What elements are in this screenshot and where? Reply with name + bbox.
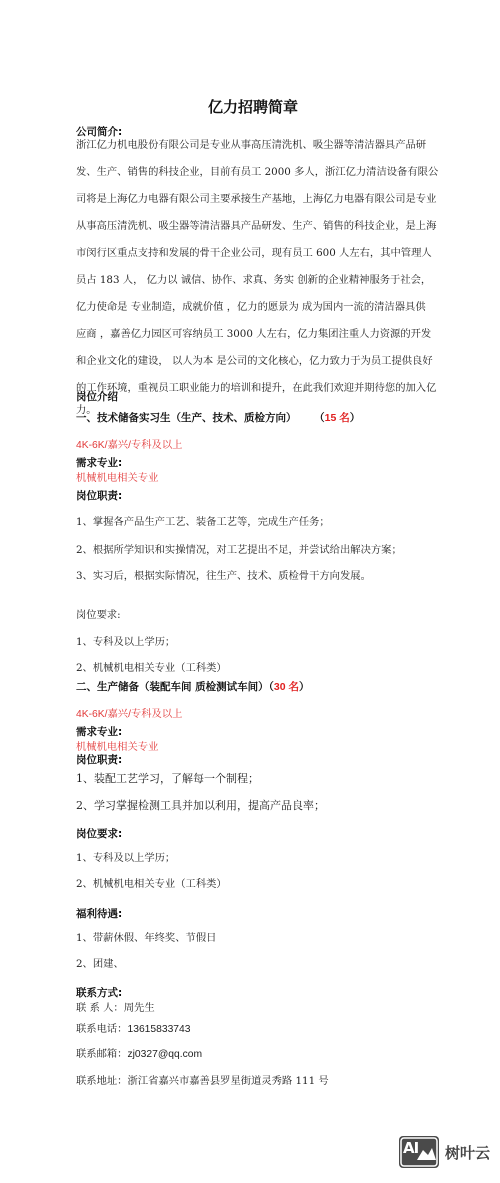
benefit-item: 1、带薪休假、年终奖、节假日 xyxy=(76,929,216,944)
requirement-item: 1、专科及以上学历； xyxy=(76,633,175,648)
requirements-label: 岗位要求: xyxy=(76,606,121,621)
contact-heading: 联系方式: xyxy=(76,985,122,1000)
contact-address: 联系地址：浙江省嘉兴市嘉善县罗星街道灵秀路 111 号 xyxy=(76,1072,329,1087)
intro-line: 司将是上海亿力电器有限公司主要承接生产基地，上海亿力电器有限公司是专业 xyxy=(76,192,436,219)
contact-address-value: 浙江省嘉兴市嘉善县罗星街道灵秀路 111 号 xyxy=(127,1075,328,1087)
duty-item: 2、根据所学知识和实操情况，对工艺提出不足，并尝试给出解决方案； xyxy=(76,541,402,556)
intro-line: 的工作环境，重视员工职业能力的培训和提升，在此我们欢迎并期待您的加入亿 xyxy=(76,381,436,403)
position-1-title: 一、技术储备实习生（生产、技术、质检方向） （15 名） xyxy=(76,410,360,425)
salary-location-edu: 4K-6K/嘉兴/专科及以上 xyxy=(76,705,182,720)
paren-open: （ xyxy=(314,412,325,424)
salary-location-edu: 4K-6K/嘉兴/专科及以上 xyxy=(76,436,182,451)
company-intro: 浙江亿力机电股份有限公司是专业从事高压清洗机、吸尘器等清洁器具产品研 发、生产、… xyxy=(76,138,436,430)
intro-heading: 公司简介: xyxy=(76,124,122,139)
duties-label: 岗位职责: xyxy=(76,488,122,503)
paren-close: ） xyxy=(350,412,361,424)
major-label: 需求专业: xyxy=(76,724,122,739)
intro-line: 浙江亿力机电股份有限公司是专业从事高压清洗机、吸尘器等清洁器具产品研 xyxy=(76,138,436,165)
contact-phone-value: 13615833743 xyxy=(127,1024,190,1035)
requirement-item: 2、机械机电相关专业（工科类） xyxy=(76,875,227,890)
requirement-item: 1、专科及以上学历； xyxy=(76,849,175,864)
position-2-title: 二、生产储备（装配车间 质检测试车间）（30 名） xyxy=(76,679,310,694)
contact-person-label: 联 系 人： xyxy=(76,1002,124,1014)
major-value: 机械机电相关专业 xyxy=(76,738,158,753)
watermark-logo: AI 树叶云 xyxy=(399,1136,490,1168)
contact-email-value: zj0327@qq.com xyxy=(127,1049,202,1060)
requirement-item: 2、机械机电相关专业（工科类） xyxy=(76,659,227,674)
requirements-label: 岗位要求: xyxy=(76,826,122,841)
intro-line: 和企业文化的建设， 以人为本 是公司的文化核心，亿力致力于为员工提供良好 xyxy=(76,354,436,381)
paren-close: ） xyxy=(299,681,310,693)
position-title-text: 二、生产储备（装配车间 质检测试车间） xyxy=(76,681,269,693)
duty-item: 1、装配工艺学习，了解每一个制程； xyxy=(76,770,259,786)
benefit-item: 2、团建、 xyxy=(76,955,124,970)
mountain-icon xyxy=(399,1136,439,1168)
benefits-label: 福利待遇: xyxy=(76,906,122,921)
major-label: 需求专业: xyxy=(76,455,122,470)
contact-email-label: 联系邮箱： xyxy=(76,1048,127,1060)
duties-label: 岗位职责: xyxy=(76,752,122,767)
contact-person-value: 周先生 xyxy=(124,1002,155,1014)
recruitment-document: 亿力招聘简章 公司简介: 浙江亿力机电股份有限公司是专业从事高压清洗机、吸尘器等… xyxy=(0,0,500,1183)
contact-address-label: 联系地址： xyxy=(76,1075,127,1087)
duty-item: 3、实习后，根据实际情况，往生产、技术、质检骨干方向发展。 xyxy=(76,567,371,582)
contact-phone-label: 联系电话： xyxy=(76,1023,127,1035)
intro-line: 发、生产、销售的科技企业，目前有员工 2000 多人，浙江亿力清洁设备有限公 xyxy=(76,165,436,192)
contact-person: 联 系 人：周先生 xyxy=(76,999,155,1014)
intro-line: 应商 ，嘉善亿力园区可容纳员工 3000 人左右，亿力集团注重人力资源的开发 xyxy=(76,327,436,354)
ai-image-icon: AI xyxy=(399,1136,439,1168)
brand-name: 树叶云 xyxy=(445,1142,490,1163)
major-value: 机械机电相关专业 xyxy=(76,469,158,484)
duty-item: 1、掌握各产品生产工艺、装备工艺等，完成生产任务； xyxy=(76,513,330,528)
position-title-text: 一、技术储备实习生（生产、技术、质检方向） xyxy=(76,412,297,424)
page-title: 亿力招聘简章 xyxy=(0,96,500,117)
intro-line: 员占 183 人， 亿力以 诚信、协作、求真、务实 创新的企业精神服务于社会， xyxy=(76,273,436,300)
contact-email: 联系邮箱：zj0327@qq.com xyxy=(76,1045,202,1060)
intro-line: 从事高压清洗机、吸尘器等清洁器具产品研发、生产、销售的科技企业，是上海 xyxy=(76,219,436,246)
headcount-badge: 15 名 xyxy=(325,412,350,424)
headcount-badge: 30 名 xyxy=(274,681,299,693)
intro-line: 市闵行区重点支持和发展的骨干企业公司，现有员工 600 人左右，其中管理人 xyxy=(76,246,436,273)
positions-heading: 岗位介绍 xyxy=(76,389,118,404)
intro-line: 亿力使命是 专业制造，成就价值 ，亿力的愿景为 成为国内一流的清洁器具供 xyxy=(76,300,436,327)
duty-item: 2、学习掌握检测工具并加以利用，提高产品良率； xyxy=(76,797,325,813)
contact-phone: 联系电话：13615833743 xyxy=(76,1020,190,1035)
